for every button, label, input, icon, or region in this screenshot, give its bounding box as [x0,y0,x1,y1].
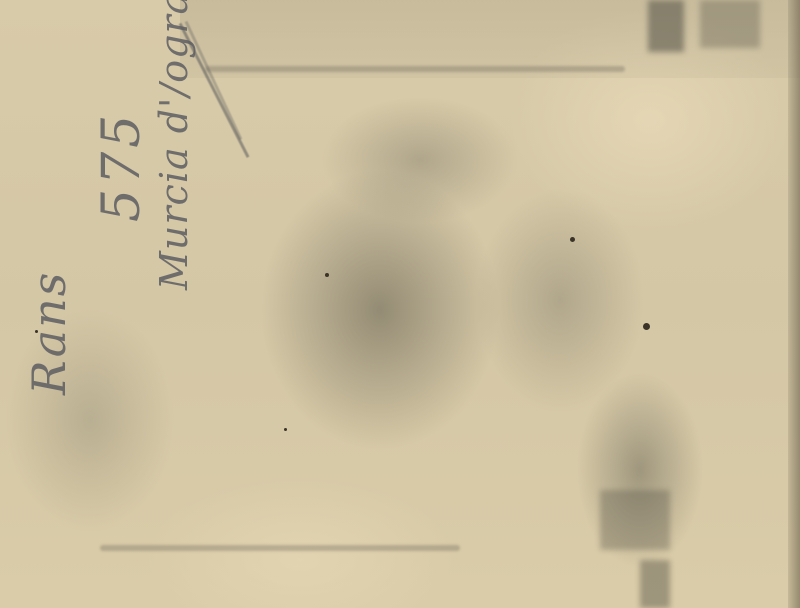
stain-top-right-b [700,0,760,48]
handwritten-word: Rans [22,271,76,395]
page-right-edge [788,0,800,608]
bleed-through-line-top [205,66,625,72]
handwritten-place-name: Murcia d'/ogra [152,0,196,290]
handwritten-number: 575 [92,111,152,222]
ink-speck [325,273,329,277]
ink-speck [284,428,287,431]
stain-bottom-right [640,560,670,608]
bleed-through-line-bottom [100,545,460,551]
scanned-page: Rans 575 Murcia d'/ogra [0,0,800,608]
ink-speck [643,323,650,330]
stain-bottom-mid [600,490,670,550]
stain-top-right-a [648,0,684,52]
ink-speck [570,237,575,242]
